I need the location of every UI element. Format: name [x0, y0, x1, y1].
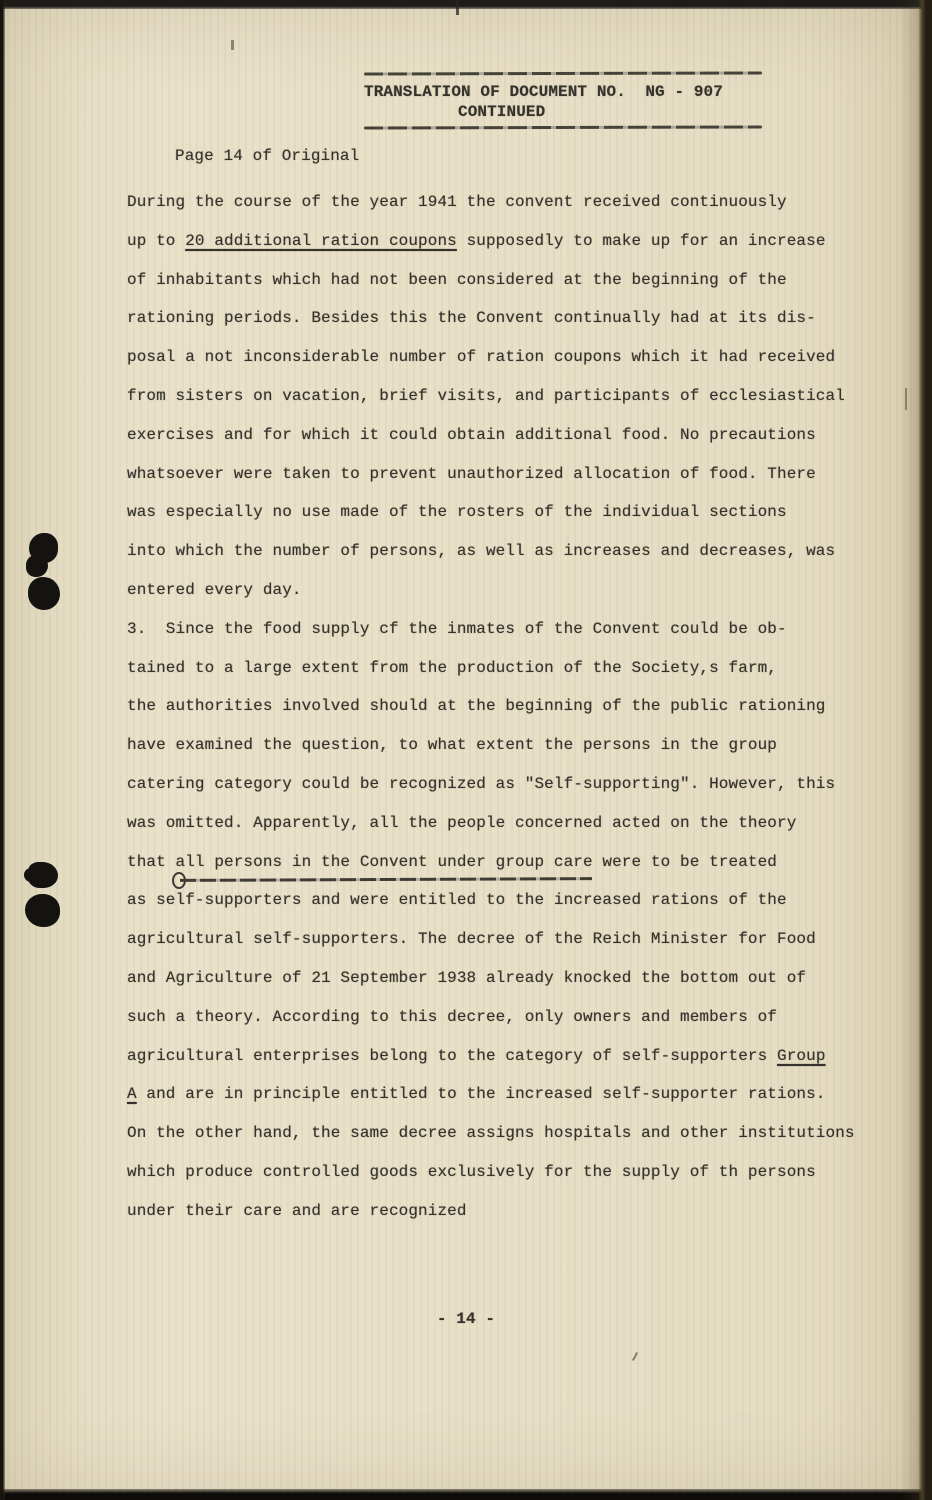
text-line: agricultural self-supporters. The decree…	[127, 920, 887, 959]
text-segment: such a theory. According to this decree,…	[127, 1008, 777, 1026]
underlined-text: A	[127, 1085, 137, 1103]
text-line: A and are in principle entitled to the i…	[127, 1075, 887, 1114]
scan-edge-bottom	[0, 1489, 932, 1500]
text-line: rationing periods. Besides this the Conv…	[127, 299, 887, 338]
header-continued: CONTINUED	[458, 102, 762, 122]
ink-blot	[26, 555, 48, 577]
text-segment: the authorities involved should at the b…	[127, 697, 826, 715]
text-segment: exercises and for which it could obtain …	[127, 426, 816, 444]
document-header: TRANSLATION OF DOCUMENT NO. NG - 907 CON…	[364, 72, 762, 129]
text-segment: into which the number of persons, as wel…	[127, 542, 835, 560]
text-line: which produce controlled goods exclusive…	[127, 1153, 887, 1192]
text-segment: from sisters on vacation, brief visits, …	[127, 387, 845, 405]
text-line: entered every day.	[127, 571, 887, 610]
text-line: whatsoever were taken to prevent unautho…	[127, 455, 887, 494]
fold-mark	[456, 0, 459, 15]
text-segment: under their care and are recognized	[127, 1202, 467, 1220]
text-segment: was omitted. Apparently, all the people …	[127, 814, 796, 832]
text-segment: 3. Since the food supply cf the inmates …	[127, 620, 787, 638]
text-line: exercises and for which it could obtain …	[127, 416, 887, 455]
text-segment: up to	[127, 232, 185, 250]
text-segment: entered every day.	[127, 581, 302, 599]
text-line: as self-supporters and were entitled to …	[127, 881, 887, 920]
text-line: posal a not inconsiderable number of rat…	[127, 338, 887, 377]
ink-blot	[28, 577, 60, 610]
text-segment: and Agriculture of 21 September 1938 alr…	[127, 969, 806, 987]
underlined-text: Group	[777, 1047, 826, 1065]
text-segment: posal a not inconsiderable number of rat…	[127, 348, 835, 366]
text-line: 3. Since the food supply cf the inmates …	[127, 610, 887, 649]
text-segment: of inhabitants which had not been consid…	[127, 271, 787, 289]
text-segment: have examined the question, to what exte…	[127, 736, 777, 754]
text-line: from sisters on vacation, brief visits, …	[127, 377, 887, 416]
text-segment: was especially no use made of the roster…	[127, 503, 787, 521]
header-title: TRANSLATION OF DOCUMENT NO. NG - 907	[364, 82, 762, 102]
text-segment: as self-supporters and were entitled to …	[127, 891, 787, 909]
underlined-text: 20 additional ration coupons	[185, 232, 457, 250]
text-segment: supposedly to make up for an increase	[457, 232, 826, 250]
ink-blot	[25, 894, 60, 927]
page-label: Page 14 of Original	[175, 146, 359, 166]
text-segment: catering category could be recognized as…	[127, 775, 835, 793]
text-segment: During the course of the year 1941 the c…	[127, 193, 787, 211]
text-segment: that all persons in the Convent under gr…	[127, 853, 777, 871]
scan-edge-right	[919, 0, 932, 1500]
text-line: During the course of the year 1941 the c…	[127, 183, 887, 222]
text-line: was omitted. Apparently, all the people …	[127, 804, 887, 843]
text-line: and Agriculture of 21 September 1938 alr…	[127, 959, 887, 998]
text-line: up to 20 additional ration coupons suppo…	[127, 222, 887, 261]
text-line: have examined the question, to what exte…	[127, 726, 887, 765]
scan-edge-left	[0, 0, 5, 1500]
text-segment: which produce controlled goods exclusive…	[127, 1163, 816, 1181]
text-segment: agricultural self-supporters. The decree…	[127, 930, 816, 948]
text-segment: whatsoever were taken to prevent unautho…	[127, 465, 816, 483]
header-rule-bottom	[364, 125, 762, 129]
document-body: During the course of the year 1941 the c…	[127, 183, 887, 1231]
text-segment: rationing periods. Besides this the Conv…	[127, 309, 816, 327]
text-line: the authorities involved should at the b…	[127, 687, 887, 726]
pen-strike-mark	[172, 875, 592, 879]
text-line: under their care and are recognized	[127, 1192, 887, 1231]
text-line: was especially no use made of the roster…	[127, 493, 887, 532]
text-line: such a theory. According to this decree,…	[127, 998, 887, 1037]
stray-mark	[231, 40, 234, 50]
text-line: On the other hand, the same decree assig…	[127, 1114, 887, 1153]
text-line: of inhabitants which had not been consid…	[127, 261, 887, 300]
text-line: catering category could be recognized as…	[127, 765, 887, 804]
text-line: tained to a large extent from the produc…	[127, 649, 887, 688]
header-rule-top	[364, 71, 762, 75]
text-segment: On the other hand, the same decree assig…	[127, 1124, 855, 1142]
text-segment: agricultural enterprises belong to the c…	[127, 1047, 777, 1065]
text-segment: tained to a large extent from the produc…	[127, 659, 777, 677]
stray-mark	[905, 388, 907, 410]
ink-blot	[24, 868, 38, 882]
scan-edge-top	[0, 0, 932, 9]
page-number: - 14 -	[0, 1310, 932, 1328]
text-line: agricultural enterprises belong to the c…	[127, 1037, 887, 1076]
text-line: into which the number of persons, as wel…	[127, 532, 887, 571]
text-segment: and are in principle entitled to the inc…	[137, 1085, 826, 1103]
